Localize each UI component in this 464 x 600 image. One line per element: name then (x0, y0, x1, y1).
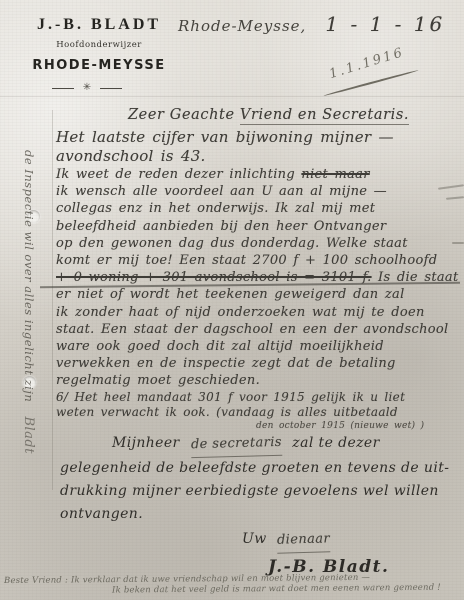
letterhead: J.-B. BLADT Hoofdonderwijzer RHODE-MEYSS… (24, 16, 174, 93)
letter-line: verwekken en de inspectie zegt dat de be… (56, 355, 452, 372)
letterhead-name: J.-B. BLADT (24, 16, 174, 34)
line-text: ware ook goed doch dit zal altijd moeili… (56, 339, 384, 354)
closing-line-uw: Uw dienaar (242, 528, 440, 553)
line-text: op den gewonen dag dus donderdag. Welke … (56, 236, 408, 251)
letter-line: weten verwacht ik ook. (vandaag is alles… (56, 405, 452, 421)
dateline-date-handwritten: 1 - 1 - 16 (325, 12, 445, 36)
line-text: weten verwacht ik ook. (vandaag is alles… (56, 405, 398, 419)
salutation-prefix: Zeer Geachte (128, 107, 235, 123)
salutation: Zeer Geachte Vriend en Secretaris. (128, 107, 409, 123)
line-text: ik zonder haat of nijd onderzoeken wat m… (56, 305, 425, 320)
closing-line-2: gelegenheid de beleefdste groeten en tev… (60, 457, 440, 480)
letter-line: ik wensch alle voordeel aan U aan al mij… (56, 183, 452, 200)
line-text: staat. Een staat der dagschool en een de… (56, 322, 448, 337)
mijnheer-label: Mijnheer (112, 435, 180, 451)
line-text: Het laatste cijfer van bijwoning mijner … (56, 128, 394, 146)
letter-line: staat. Een staat der dagschool en een de… (56, 321, 452, 338)
uw-label: Uw (242, 531, 267, 547)
letter-line: + 0 woning + 301 avondschool is = 3101 f… (56, 269, 452, 286)
letter-line: op den gewonen dag dus donderdag. Welke … (56, 235, 452, 252)
salutation-underlined: Vriend en Secretaris. (240, 107, 409, 125)
line-text: collegas enz in het onderwijs. Ik zal mi… (56, 201, 375, 216)
line-text: verwekken en de inspectie zegt dat de be… (56, 356, 396, 371)
letter-line: Het laatste cijfer van bijwoning mijner … (56, 128, 452, 147)
margin-note-text: de Inspectie wil over alles ingelicht zi… (22, 150, 36, 402)
closing-line-4: ontvangen. (60, 503, 440, 526)
letter-line: er niet of wordt het teekenen geweigerd … (56, 286, 452, 303)
letter-line: 6/ Het heel mandaat 301 f voor 1915 geli… (56, 390, 452, 406)
letter-line: ik zonder haat of nijd onderzoeken wat m… (56, 304, 452, 321)
fold-crease-vertical (52, 110, 53, 490)
letterhead-title: Hoofdonderwijzer (24, 40, 174, 50)
margin-note-signature: Bladt (21, 416, 36, 454)
handwritten-fill-secretary: de secretaris (190, 431, 282, 458)
monogram-icon: ✳ (52, 82, 122, 93)
struck-text: + 0 woning + 301 avondschool is = 3101 f… (56, 270, 372, 285)
letter-line: ware ook goed doch dit zal altijd moeili… (56, 338, 452, 355)
scanned-letter-page: J.-B. BLADT Hoofdonderwijzer RHODE-MEYSS… (0, 0, 464, 600)
letter-line: komt er mij toe! Een staat 2700 f + 100 … (56, 252, 452, 269)
letterhead-place: RHODE-MEYSSE (24, 58, 174, 73)
closing-line1-rest: zal te dezer (292, 435, 379, 451)
line-text: ik wensch alle voordeel aan U aan al mij… (56, 184, 387, 199)
line-text: Ik weet de reden dezer inlichting (56, 167, 301, 182)
letter-line: den october 1915 (nieuwe wet) ) (256, 421, 452, 432)
line-text: 6/ Het heel mandaat 301 f voor 1915 geli… (56, 390, 405, 404)
printed-closing: Mijnheer de secretaris zal te dezer gele… (60, 432, 440, 577)
line-text: komt er mij toe! Een staat 2700 f + 100 … (56, 253, 437, 268)
pencil-postscript: Beste Vriend : Ik verklaar dat ik uwe vr… (4, 574, 464, 594)
margin-note-rotated: de Inspectie wil over alles ingelicht zi… (21, 150, 36, 495)
closing-line-mijnheer: Mijnheer de secretaris zal te dezer (112, 432, 440, 457)
line-text: er niet of wordt het teekenen geweigerd … (56, 287, 405, 302)
line-text: den october 1915 (nieuwe wet) ) (256, 421, 424, 431)
ink-smudge (452, 242, 464, 244)
letter-body: Het laatste cijfer van bijwoning mijner … (56, 128, 452, 432)
letter-line: collegas enz in het onderwijs. Ik zal mi… (56, 200, 452, 217)
line-text: avondschool is 43. (56, 147, 206, 165)
letter-line: Ik weet de reden dezer inlichting niet m… (56, 166, 452, 183)
line-text: beleefdheid aanbieden bij den heer Ontva… (56, 219, 386, 234)
letter-line: beleefdheid aanbieden bij den heer Ontva… (56, 218, 452, 235)
line-text: regelmatig moet geschieden. (56, 373, 260, 388)
line-text: Is die staat (372, 270, 459, 285)
struck-text: niet maar (301, 167, 369, 182)
handwritten-fill-servant: dienaar (277, 527, 331, 553)
letter-line: regelmatig moet geschieden. (56, 372, 452, 389)
closing-line-3: drukking mijner eerbiedigste gevoelens w… (60, 480, 440, 503)
postscript-line: Ik beken dat het veel geld is maar wat d… (112, 582, 464, 595)
dateline-place: Rhode-Meysse, (178, 17, 306, 35)
fold-crease-horizontal (0, 96, 464, 97)
letter-line: avondschool is 43. (56, 147, 452, 166)
dateline: Rhode-Meysse, 1 - 1 - 16 (178, 12, 445, 36)
